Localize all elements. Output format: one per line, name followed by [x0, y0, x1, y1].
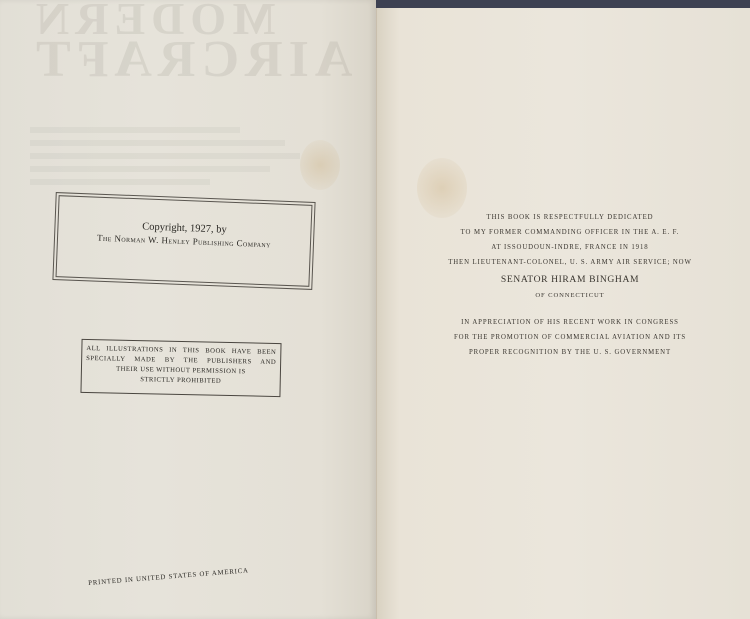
dedicatee-state: OF CONNECTICUT — [420, 292, 720, 299]
illustrations-notice-box: ALL ILLUSTRATIONS IN THIS BOOK HAVE BEEN… — [80, 339, 281, 397]
appreciation-line: IN APPRECIATION OF HIS RECENT WORK IN CO… — [420, 315, 720, 330]
printed-in-line: PRINTED IN UNITED STATES OF AMERICA — [88, 567, 249, 587]
paper-stain — [417, 158, 467, 218]
dedication: THIS BOOK IS RESPECTFULLY DEDICATED TO M… — [420, 210, 720, 360]
dedication-line: TO MY FORMER COMMANDING OFFICER IN THE A… — [420, 225, 720, 240]
appreciation-line: PROPER RECOGNITION BY THE U. S. GOVERNME… — [420, 345, 720, 360]
dedication-line: THIS BOOK IS RESPECTFULLY DEDICATED — [420, 210, 720, 225]
paper-stain — [300, 140, 340, 190]
copyright-box: Copyright, 1927, by The Norman W. Henley… — [56, 195, 313, 287]
show-through-title-2: AIRCRAFT — [30, 30, 352, 89]
left-page: MODERN AIRCRAFT Copyright, 1927, by The … — [0, 0, 376, 619]
open-book: MODERN AIRCRAFT Copyright, 1927, by The … — [0, 0, 750, 619]
dedication-line: THEN LIEUTENANT-COLONEL, U. S. ARMY AIR … — [420, 255, 720, 270]
show-through-text — [30, 120, 330, 192]
dedication-line: AT ISSOUDOUN-INDRE, FRANCE IN 1918 — [420, 240, 720, 255]
dedicatee-name: SENATOR HIRAM BINGHAM — [420, 274, 720, 286]
appreciation-line: FOR THE PROMOTION OF COMMERCIAL AVIATION… — [420, 330, 720, 345]
